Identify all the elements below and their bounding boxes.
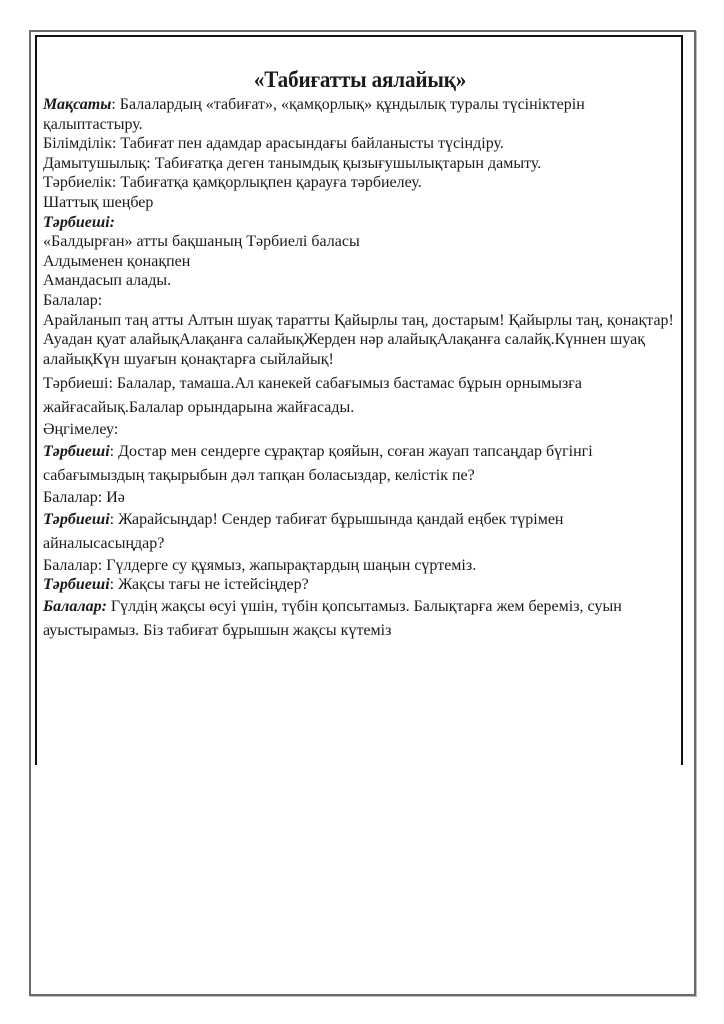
teacher-paragraph: Тәрбиеші: Балалар, тамаша.Ал канекей саб…	[43, 372, 677, 420]
dialogue-text: Жарайсыңдар! Сендер табиғат бұрышында қа…	[43, 511, 564, 552]
speaker-label: Балалар:	[43, 598, 107, 615]
document-body: «Табиғатты аялайық» Мақсаты: Балалардың …	[43, 66, 677, 643]
dialogue-text: Гүлдің жақсы өсуі үшін, түбін қопсытамыз…	[43, 598, 622, 639]
dialogue-text: Иә	[102, 489, 125, 506]
speaker-label: Тәрбиеші	[43, 576, 110, 593]
objective-education: Білімділік: Табиғат пен адамдар арасында…	[43, 134, 677, 154]
intro-line: Амандасып алады.	[43, 271, 677, 291]
dialogue-text: Достар мен сендерге сұрақтар қояйын, соғ…	[43, 443, 593, 484]
goal-text: : Балалардың «табиғат», «қамқорлық» құнд…	[43, 96, 585, 133]
dialogue-item: Тәрбиеші: Жарайсыңдар! Сендер табиғат бұ…	[43, 508, 677, 556]
dialogue-text: Гүлдерге су құямыз, жапырақтардың шаңын …	[102, 557, 476, 574]
objective-development: Дамытушылық: Табиғатқа деген танымдық қы…	[43, 154, 677, 174]
objective-upbringing: Тәрбиелік: Табиғатқа қамқорлықпен қарауғ…	[43, 173, 677, 193]
speaker-label: Тәрбиеші	[43, 511, 110, 528]
dialogue-item: Тәрбиеші: Достар мен сендерге сұрақтар қ…	[43, 440, 677, 488]
speaker-label: Балалар	[43, 489, 98, 506]
goal-paragraph: Мақсаты: Балалардың «табиғат», «қамқорлы…	[43, 95, 677, 134]
dialogue-item: Тәрбиеші: Жақсы тағы не істейсіңдер?	[43, 575, 677, 595]
speaker-label: Балалар	[43, 557, 98, 574]
greeting-paragraph: Арайланып таң атты Алтын шуақ таратты Қа…	[43, 311, 677, 370]
dialogue-text: Жақсы тағы не істейсіңдер?	[114, 576, 309, 593]
speaker-label: Тәрбиеші	[43, 443, 110, 460]
document-title: «Табиғатты аялайық»	[68, 66, 651, 94]
dialogue-item: Балалар: Гүлдерге су құямыз, жапырақтард…	[43, 556, 677, 576]
joy-circle-heading: Шаттық шеңбер	[43, 193, 677, 213]
dialogue-item: Балалар: Иә	[43, 488, 677, 508]
intro-line: Алдыменен қонақпен	[43, 252, 677, 272]
dialogue-list: Тәрбиеші: Достар мен сендерге сұрақтар қ…	[43, 440, 677, 643]
conversation-heading: Әңгімелеу:	[43, 420, 677, 440]
goal-label: Мақсаты	[43, 96, 111, 113]
teacher-heading: Тәрбиеші:	[43, 213, 677, 233]
dialogue-item: Балалар: Гүлдің жақсы өсуі үшін, түбін қ…	[43, 595, 677, 643]
children-label: Балалар:	[43, 291, 677, 311]
intro-line: «Балдырған» атты бақшаның Тәрбиелі балас…	[43, 232, 677, 252]
